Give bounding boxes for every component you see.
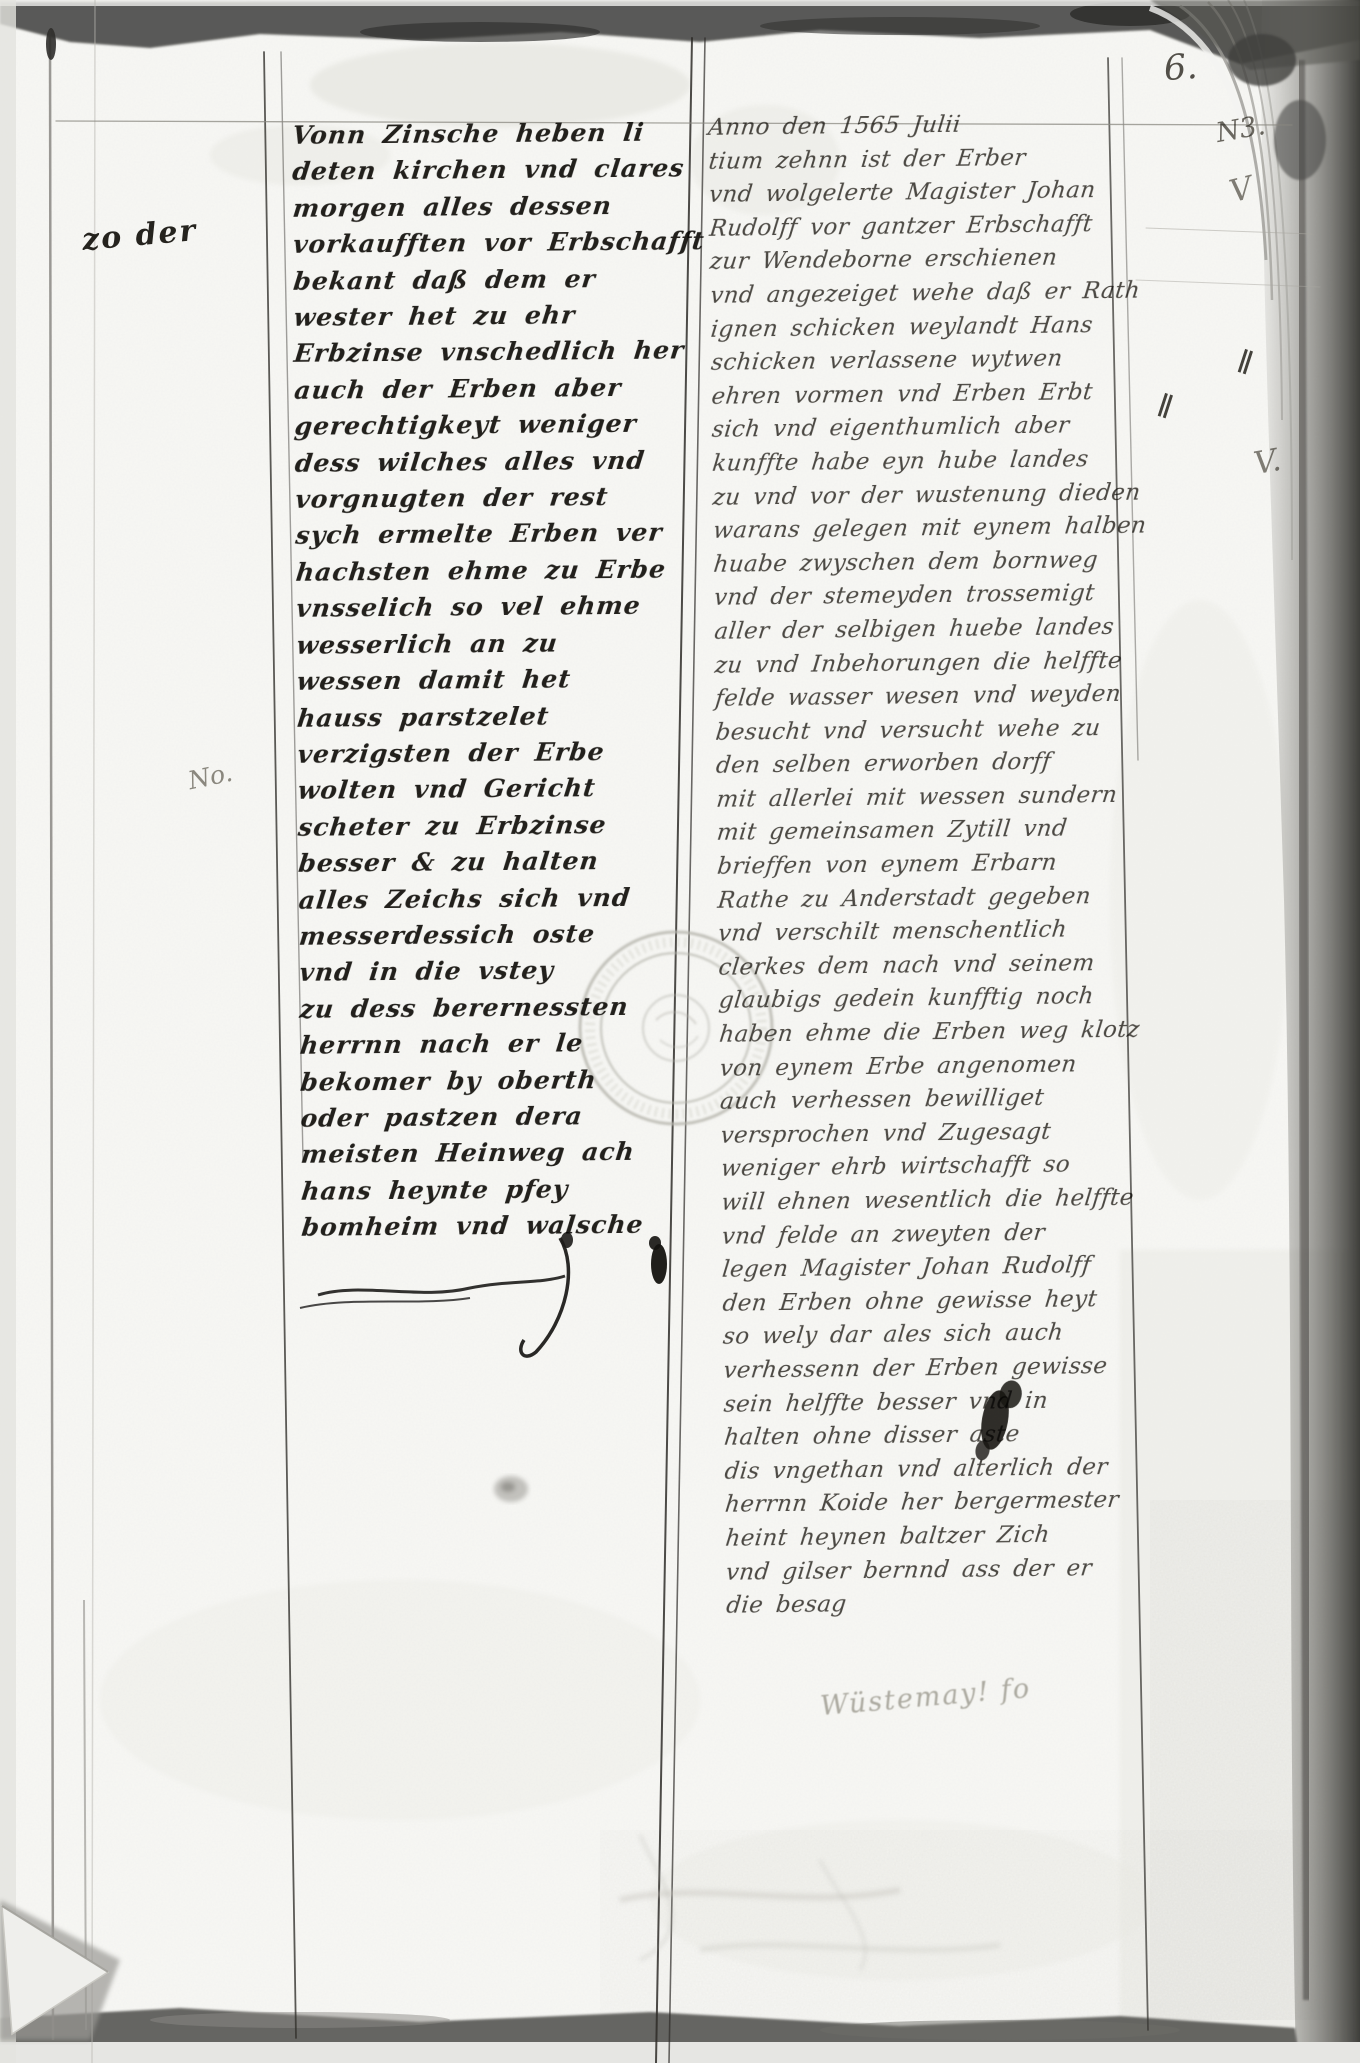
handwritten-text-line: wessen damit het [295, 661, 699, 701]
handwritten-text-line: wolten vnd Gericht [296, 770, 700, 810]
handwritten-text-line: vnd der stemeyden trossemigt [712, 577, 1148, 616]
handwritten-text-line: brieffen von eynem Erbarn [715, 846, 1151, 885]
handwritten-text-line: vorkaufften vor Erbschafft [291, 224, 695, 264]
handwritten-text-line: herrnn nach er le [298, 1025, 702, 1065]
handwritten-text-line: den selben erworben dorff [714, 745, 1150, 784]
page-number: 6. [1163, 47, 1199, 89]
handwriting-column-left: Vonn Zinsche heben lideten kirchen vnd c… [292, 115, 702, 1247]
handwritten-text-line: gerechtigkeyt weniger [293, 406, 697, 446]
handwritten-text-line: verzigsten der Erbe [295, 733, 699, 773]
handwritten-text-line: warans gelegen mit eynem halben [711, 510, 1147, 549]
handwritten-text-line: verhessenn der Erben gewisse [722, 1350, 1158, 1389]
handwritten-text-line: kunffte habe eyn hube landes [710, 443, 1146, 482]
handwritten-text-line: auch verhessen bewilliget [718, 1081, 1154, 1120]
handwritten-text-line: will ehnen wesentlich die helffte [719, 1182, 1155, 1221]
handwritten-text-line: alles Zeichs sich vnd [297, 879, 701, 919]
handwritten-text-line: bekomer by oberth [298, 1061, 702, 1101]
handwritten-text-line: hauss parstzelet [295, 697, 699, 737]
handwritten-text-line: oder pastzen dera [299, 1097, 703, 1137]
handwritten-text-line: tium zehnn ist der Erber [707, 140, 1143, 179]
margin-check-mark-top: V [1226, 170, 1256, 210]
handwritten-text-line: vnd felde an zweyten der [720, 1215, 1156, 1254]
left-margin-note: zo der [81, 213, 199, 258]
handwritten-text-line: messerdessich oste [297, 915, 701, 955]
handwriting-layer: Vonn Zinsche heben lideten kirchen vnd c… [0, 0, 1360, 2063]
handwritten-text-line: auch der Erben aber [292, 369, 696, 409]
handwritten-text-line: huabe zwyschen dem bornweg [712, 543, 1148, 582]
handwritten-text-line: zu dess berernessten [298, 988, 702, 1028]
handwritten-text-line: von eynem Erbe angenomen [718, 1047, 1154, 1086]
handwritten-text-line: herrnn Koide her bergermester [723, 1484, 1159, 1523]
handwritten-text-line: dess wilches alles vnd [293, 442, 697, 482]
handwritten-text-line: hans heynte pfey [299, 1170, 703, 1210]
handwritten-text-line: Anno den 1565 Julii [706, 107, 1142, 146]
handwritten-text-line: legen Magister Johan Rudolff [720, 1249, 1156, 1288]
handwritten-text-line: Erbzinse vnschedlich her [292, 333, 696, 373]
handwritten-text-line: bomheim vnd walsche [300, 1207, 704, 1247]
handwritten-text-line: scheter zu Erbzinse [296, 806, 700, 846]
handwritten-text-line: sych ermelte Erben ver [294, 515, 698, 555]
handwritten-text-line: wesserlich an zu [295, 624, 699, 664]
handwritten-text-line: schicken verlassene wytwen [709, 342, 1145, 381]
handwritten-text-line: vnd wolgelerte Magister Johan [707, 174, 1143, 213]
handwritten-text-line: aller der selbigen huebe landes [713, 611, 1149, 650]
handwritten-text-line: deten kirchen vnd clares [290, 151, 694, 191]
left-margin-number-mark: No. [185, 758, 234, 796]
handwritten-text-line: so wely dar ales sich auch [721, 1316, 1157, 1355]
handwritten-text-line: zur Wendeborne erschienen [708, 241, 1144, 280]
handwritten-text-line: besser & zu halten [296, 843, 700, 883]
pencil-note: Wüstemay! fo [819, 1673, 1032, 1722]
handwritten-text-line: vnd verschilt menschentlich [716, 913, 1152, 952]
handwritten-text-line: meisten Heinweg ach [299, 1134, 703, 1174]
handwritten-text-line: zu vnd Inbehorungen die helffte [713, 644, 1149, 683]
manuscript-page-scan: Vonn Zinsche heben lideten kirchen vnd c… [0, 0, 1360, 2063]
handwritten-text-line: wester het zu ehr [292, 297, 696, 337]
handwritten-text-line: die besag [724, 1585, 1160, 1624]
handwritten-text-line: hachsten ehme zu Erbe [294, 551, 698, 591]
handwritten-text-line: sich vnd eigenthumlich aber [710, 409, 1146, 448]
handwritten-text-line: morgen alles dessen [291, 187, 695, 227]
handwritten-text-line: haben ehme die Erben weg klotz [717, 1014, 1153, 1053]
folio-mark: N3. [1214, 110, 1268, 149]
handwritten-text-line: sein helffte besser vnd in [722, 1383, 1158, 1422]
handwritten-text-line: vnsselich so vel ehme [294, 588, 698, 628]
handwritten-text-line: heint heynen baltzer Zich [724, 1518, 1160, 1557]
handwritten-text-line: halten ohne disser aste [722, 1417, 1158, 1456]
handwritten-text-line: besucht vnd versucht wehe zu [714, 711, 1150, 750]
margin-insertion-mark-a: ∥ [1234, 347, 1256, 380]
handwritten-text-line: vorgnugten der rest [293, 479, 697, 519]
handwritten-text-line: bekant daß dem er [291, 260, 695, 300]
handwritten-text-line: mit gemeinsamen Zytill vnd [715, 812, 1151, 851]
handwritten-text-line: vnd gilser bernnd ass der er [724, 1551, 1160, 1590]
handwritten-text-line: ignen schicken weylandt Hans [709, 308, 1145, 347]
handwritten-text-line: Vonn Zinsche heben li [290, 114, 694, 154]
handwritten-text-line: weniger ehrb wirtschafft so [719, 1148, 1155, 1187]
handwritten-text-line: zu vnd vor der wustenung dieden [711, 476, 1147, 515]
handwritten-text-line: felde wasser wesen vnd weyden [713, 678, 1149, 717]
handwritten-text-line: Rathe zu Anderstadt gegeben [716, 879, 1152, 918]
handwritten-text-line: vnd in die vstey [297, 952, 701, 992]
margin-insertion-mark-b: ∥ [1154, 391, 1176, 424]
handwritten-text-line: vnd angezeiget wehe daß er Rath [708, 275, 1144, 314]
margin-check-mark-mid: V. [1251, 442, 1284, 482]
handwritten-text-line: glaubigs gedein kunfftig noch [717, 980, 1153, 1019]
handwriting-column-right: Anno den 1565 Juliitium zehnn ist der Er… [708, 107, 1158, 1624]
